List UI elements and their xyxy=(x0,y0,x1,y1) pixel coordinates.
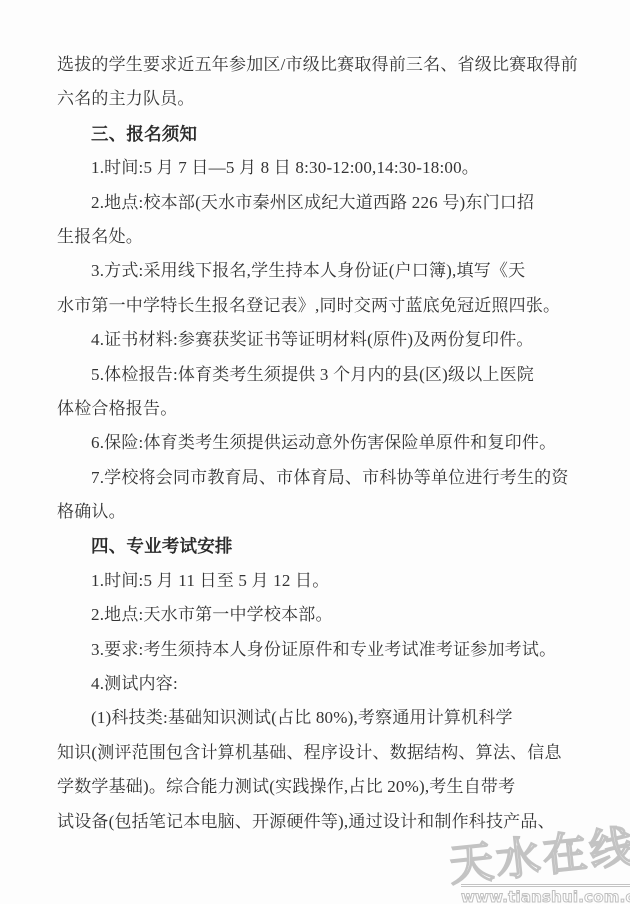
text-line: 4.证书材料:参赛获奖证书等证明材料(原件)及两份复印件。 xyxy=(57,323,581,357)
text-line: 格确认。 xyxy=(57,495,581,529)
text-line: 4.测试内容: xyxy=(57,667,581,701)
text-line: 3.方式:采用线下报名,学生持本人身份证(户口簿),填写《天 xyxy=(57,254,581,288)
watermark-url: www.tianshui.com.cn xyxy=(461,888,630,904)
text-line: 选拔的学生要求近五年参加区/市级比赛取得前三名、省级比赛取得前 xyxy=(57,48,581,82)
text-line: 3.要求:考生须持本人身份证原件和专业考试准考证参加考试。 xyxy=(57,633,581,667)
text-line: 水市第一中学特长生报名登记表》,同时交两寸蓝底免冠近照四张。 xyxy=(57,289,581,323)
text-line: 2.地点:校本部(天水市秦州区成纪大道西路 226 号)东门口招 xyxy=(57,186,581,220)
section-heading: 三、报名须知 xyxy=(57,117,581,151)
document-body: 选拔的学生要求近五年参加区/市级比赛取得前三名、省级比赛取得前 六名的主力队员。… xyxy=(57,48,581,839)
text-line: (1)科技类:基础知识测试(占比 80%),考察通用计算机科学 xyxy=(57,701,581,735)
text-line: 6.保险:体育类考生须提供运动意外伤害保险单原件和复印件。 xyxy=(57,426,581,460)
text-line: 六名的主力队员。 xyxy=(57,82,581,116)
watermark-divider-line xyxy=(461,884,630,887)
text-line: 7.学校将会同市教育局、市体育局、市科协等单位进行考生的资 xyxy=(57,461,581,495)
text-line: 2.地点:天水市第一中学校本部。 xyxy=(57,598,581,632)
text-line: 学数学基础)。综合能力测试(实践操作,占比 20%),考生自带考 xyxy=(57,770,581,804)
section-heading: 四、专业考试安排 xyxy=(57,529,581,563)
text-line: 1.时间:5 月 7 日—5 月 8 日 8:30-12:00,14:30-18… xyxy=(57,151,581,185)
text-line: 试设备(包括笔记本电脑、开源硬件等),通过设计和制作科技产品、 xyxy=(57,805,581,839)
text-line: 生报名处。 xyxy=(57,220,581,254)
scanned-document-page: 选拔的学生要求近五年参加区/市级比赛取得前三名、省级比赛取得前 六名的主力队员。… xyxy=(0,0,630,904)
text-line: 1.时间:5 月 11 日至 5 月 12 日。 xyxy=(57,564,581,598)
text-line: 5.体检报告:体育类考生须提供 3 个月内的县(区)级以上医院 xyxy=(57,358,581,392)
text-line: 体检合格报告。 xyxy=(57,392,581,426)
text-line: 知识(测评范围包含计算机基础、程序设计、数据结构、算法、信息 xyxy=(57,736,581,770)
